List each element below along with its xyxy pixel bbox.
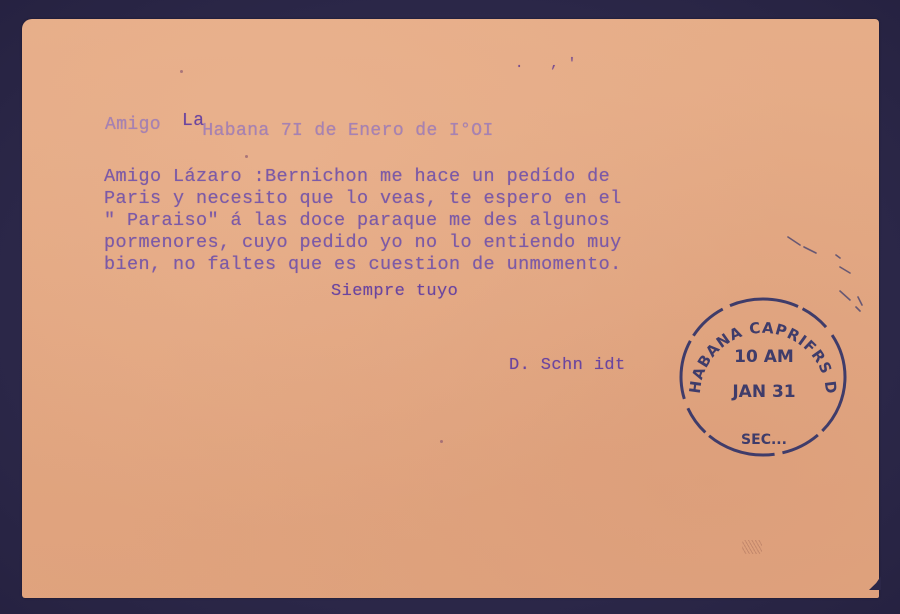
header-text: Habana 7I de Enero de I°OI (202, 121, 493, 141)
salutation-start: Amigo (105, 115, 161, 135)
letter-header-date: Habana 7I de Enero de I°OI (180, 101, 494, 141)
postmark-ring-text: HABANA CAPRIFRS DE I CUBA (669, 280, 840, 395)
stray-ink-marks: . , ' (515, 56, 577, 72)
paper-smudge (742, 540, 762, 554)
paper-speck (245, 155, 248, 158)
paper-speck (180, 70, 183, 73)
body-line-3: " Paraiso" á las doce paraque me des alg… (104, 210, 610, 231)
paper-speck (440, 440, 443, 443)
body-line-5: bien, no faltes que es cuestion de unmom… (104, 254, 622, 275)
closing: Siempre tuyo (331, 282, 458, 301)
postmark-bottom-text: SEC... (741, 432, 787, 448)
postmark-date: JAN 31 (731, 382, 795, 402)
postmark: HABANA CAPRIFRS DE I CUBA 10 AM JAN 31 S… (676, 294, 848, 460)
salutation-overstrike: La (182, 111, 204, 131)
body-line-2: Paris y necesito que lo veas, te espero … (104, 188, 622, 209)
body-line-1: Amigo Lázaro :Bernichon me hace un pedíd… (104, 166, 610, 187)
postmark-time: 10 AM (734, 347, 794, 367)
body-line-4: pormenores, cuyo pedido yo no lo entiend… (104, 232, 622, 253)
signature: D. Schn idt (509, 356, 626, 375)
